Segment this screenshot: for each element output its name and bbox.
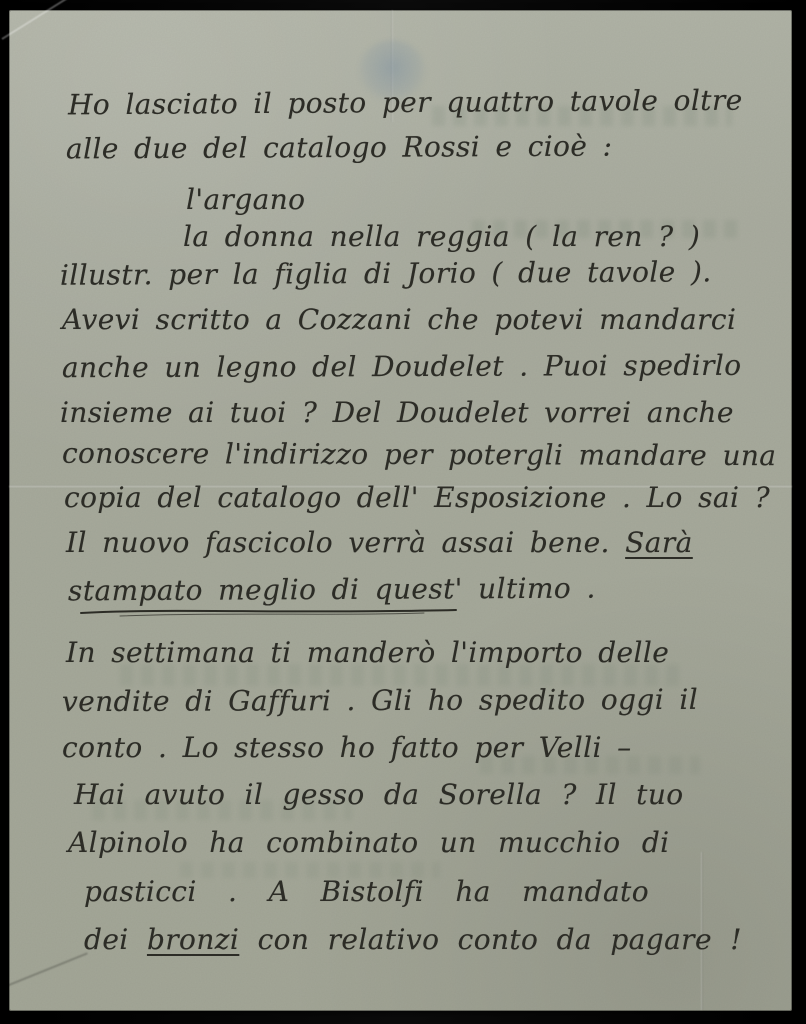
manuscript-line: l'argano [186,183,305,216]
manuscript-line: insieme ai tuoi ? Del Doudelet vorrei an… [60,396,734,429]
manuscript-line: pasticci . A Bistolfi ha mandato [84,875,649,908]
manuscript-line: conto . Lo stesso ho fatto per Velli – [62,731,632,764]
manuscript-line: Avevi scritto a Cozzani che potevi manda… [62,303,736,336]
underlined-word: bronzi [147,923,239,956]
manuscript-line: stampato meglio di quest' ultimo . [68,572,596,608]
manuscript-line: Ho lasciato il posto per quattro tavole … [68,84,743,122]
line-text: con relativo conto da pagare ! [239,923,742,956]
manuscript-line: anche un legno del Doudelet . Puoi spedi… [62,349,742,384]
line-text: Il nuovo fascicolo verrà assai bene. [66,526,625,559]
photo-background: Ho lasciato il posto per quattro tavole … [0,0,806,1024]
manuscript-line: vendite di Gaffuri . Gli ho spedito oggi… [62,683,698,718]
manuscript-line: Alpinolo ha combinato un mucchio di [68,826,670,859]
manuscript-line: Hai avuto il gesso da Sorella ? Il tuo [74,778,684,811]
manuscript-line: In settimana ti manderò l'importo delle [66,636,669,669]
manuscript-line: la donna nella reggia ( la ren ? ) [183,220,700,253]
underlined-word: Sarà [625,526,693,559]
manuscript-line: conoscere l'indirizzo per potergli manda… [62,437,777,472]
hand-drawn-divider-line [78,604,466,620]
manuscript-line: illustr. per la figlia di Jorio ( due ta… [60,255,712,291]
manuscript-line: copia del catalogo dell' Esposizione . L… [64,481,770,514]
manuscript-line: alle due del catalogo Rossi e cioè : [66,130,613,166]
line-text: dei [84,923,147,956]
manuscript-line: dei bronzi con relativo conto da pagare … [84,923,742,956]
manuscript-line: Il nuovo fascicolo verrà assai bene. Sar… [66,526,693,559]
